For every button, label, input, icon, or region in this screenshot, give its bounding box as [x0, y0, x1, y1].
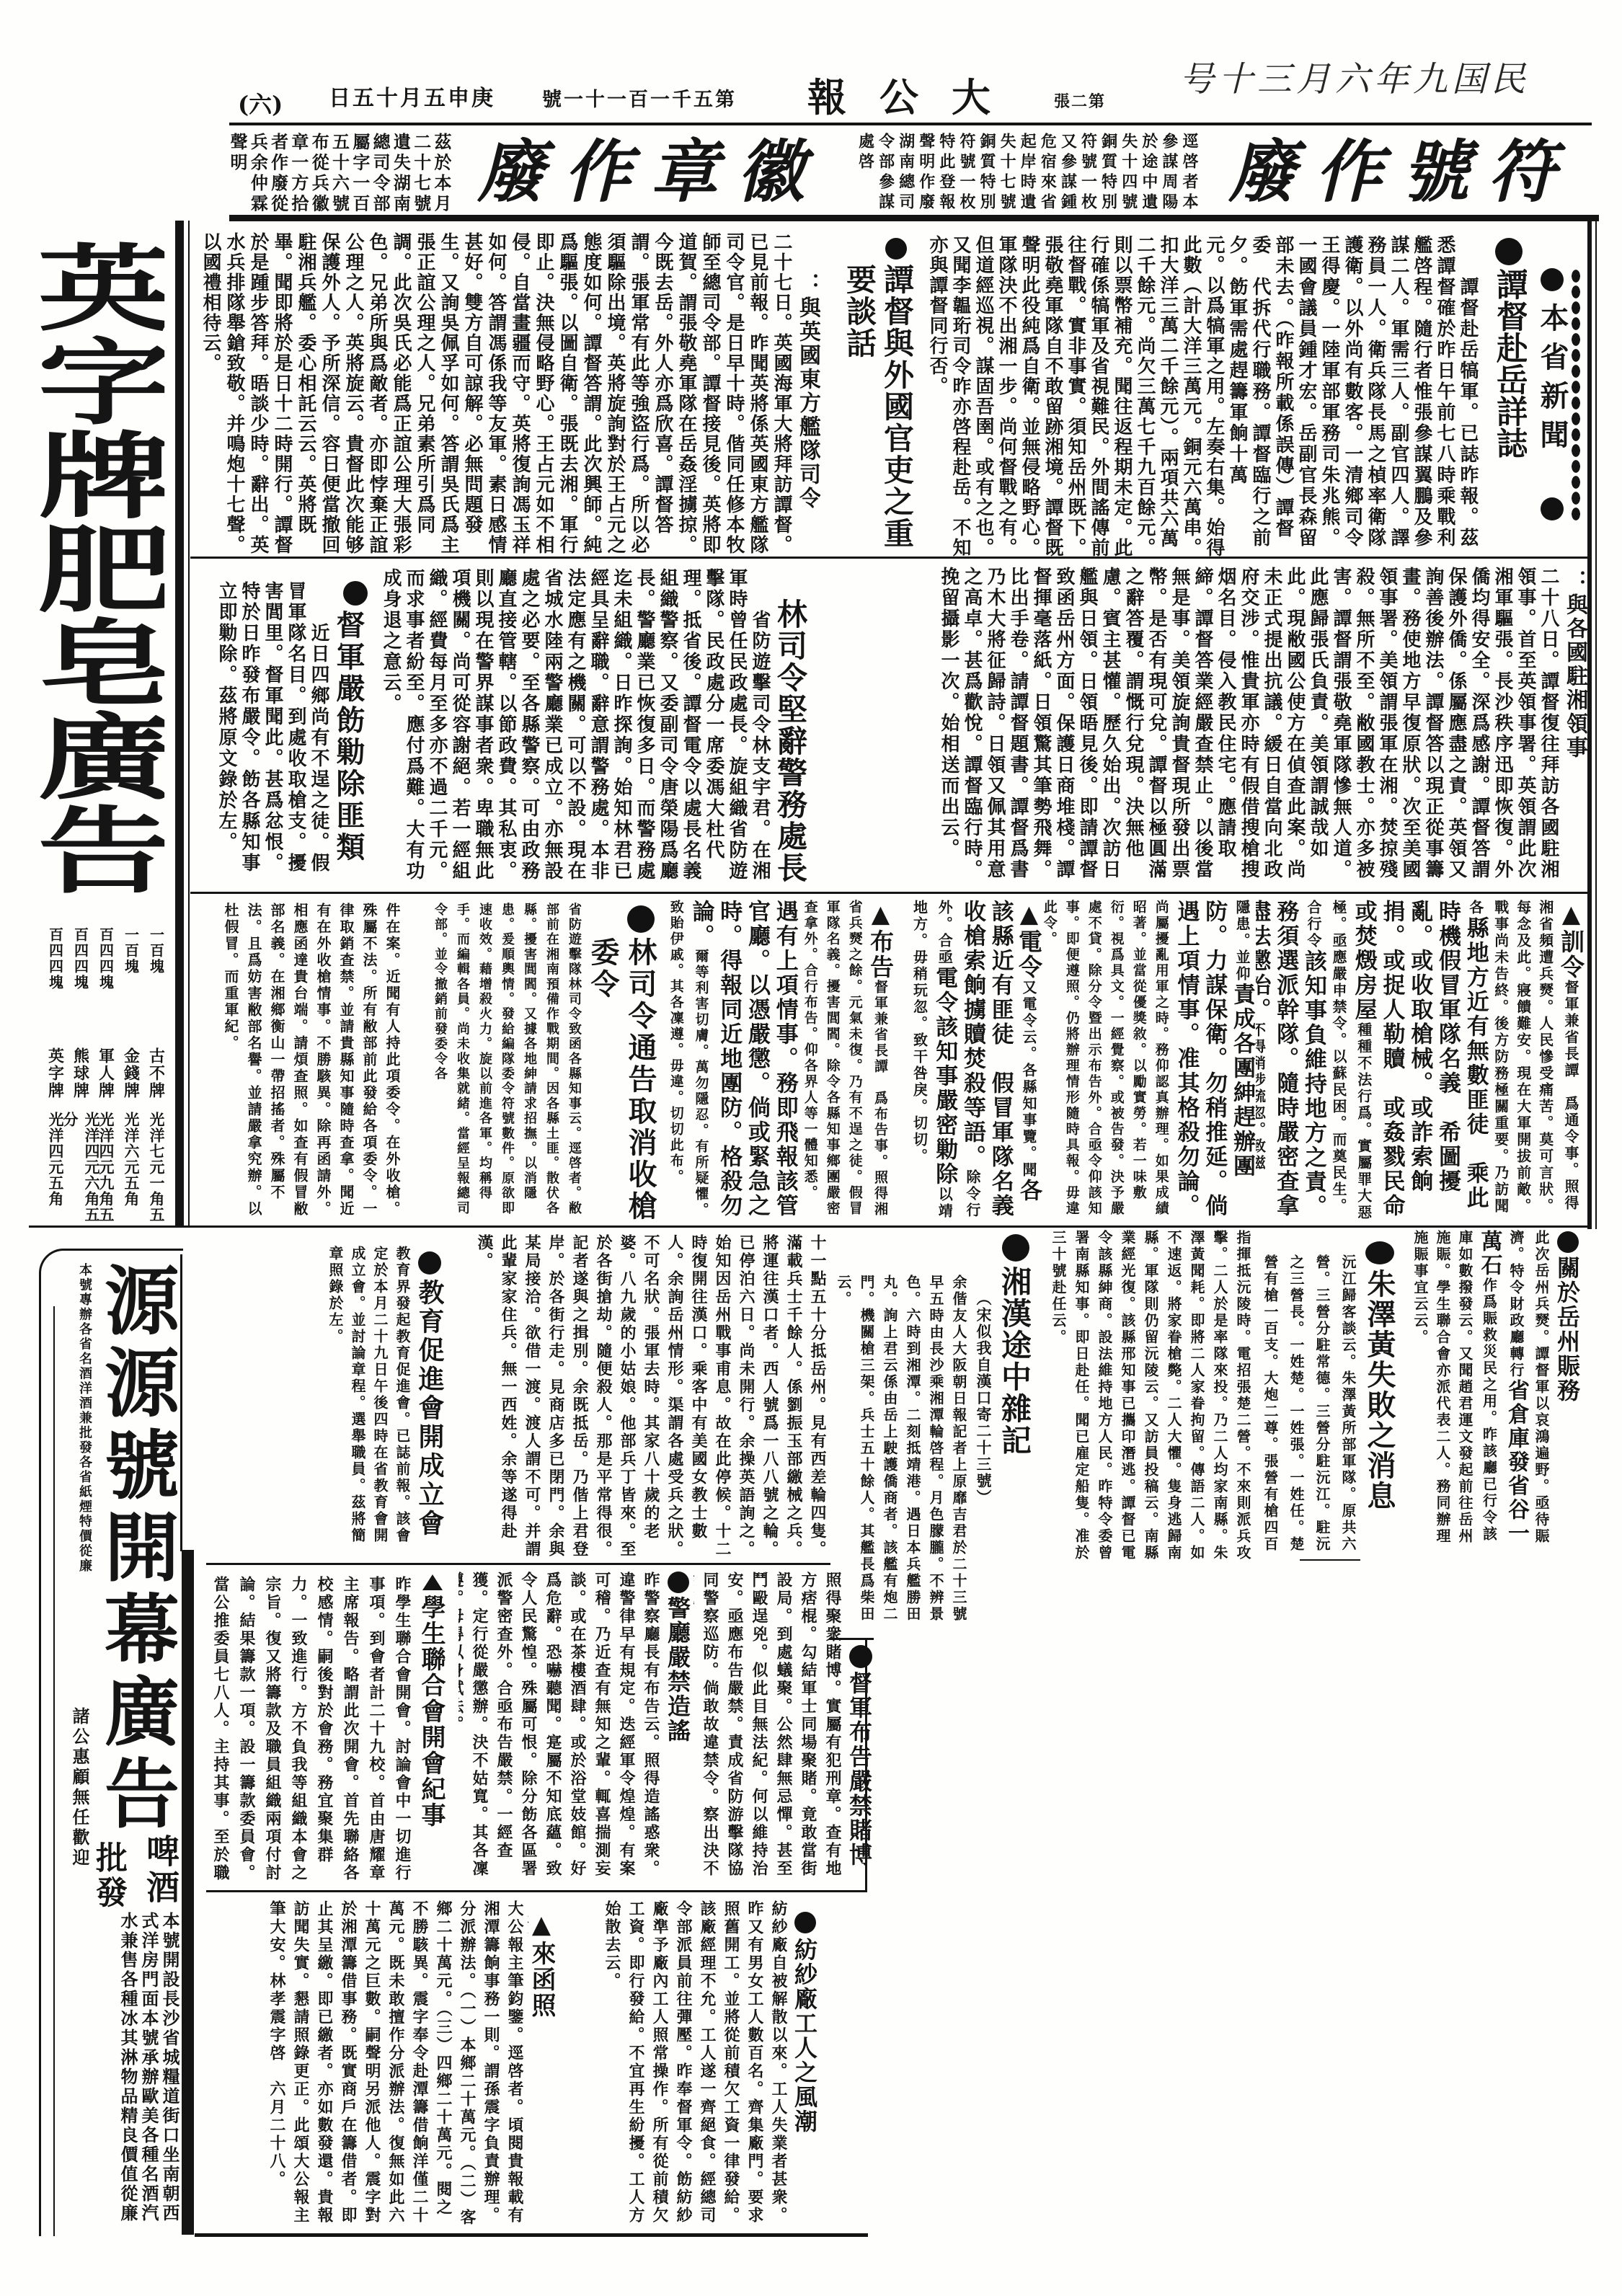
price-row: 一百塊 金錢牌 光洋六元五角	[119, 927, 143, 1224]
yuanyuan-ad-text: 本號專辦各省名酒洋酒兼批發各省紙煙特價從廉	[61, 1263, 92, 1667]
price-qty: 百四四塊	[96, 927, 117, 1010]
article-body-student-union: 昨學生聯合會開會。討論會中一切進行事項。到會者計二十九校。首由唐耀章主席報告。略…	[208, 1576, 415, 1890]
frame-right-thick	[1587, 216, 1592, 1229]
bullet-icon	[1002, 1234, 1029, 1262]
heading-bugao: ▲布告	[867, 900, 895, 980]
article-body-dujun-gambling: 照得聚衆賭博。實屬有犯刑章。查有地方痞棍。勾結軍士同場聚賭。竟敢當街設局。到處蟻…	[693, 1572, 845, 1889]
headline-lin-cancel: 林司令通告取消收槍委令	[587, 937, 659, 1223]
row-divider-5	[206, 1890, 867, 1892]
price-brand: 英字牌	[45, 1047, 67, 1104]
issue-number: 第五千一百一十一號	[542, 90, 737, 110]
subhead-consuls: ：與各國駐湘領事	[1561, 569, 1587, 807]
bullet-icon	[885, 238, 907, 260]
soap-price-table: 一百塊 古不牌 光洋七元一角五 一百塊 金錢牌 光洋六元五角 百四四塊 軍人牌 …	[43, 927, 169, 1224]
article-body-tan-yue: 譚督赴岳犒軍。已誌昨報。茲悉譚督確於昨日午前七八時乘戰利艦啓程。隨行者惟張參謀翼…	[1226, 235, 1479, 554]
ad-box-inner-line	[53, 1306, 55, 2236]
heading-dianling: ▲電令	[1015, 900, 1043, 980]
headline-edu-promo: 教育促進會開成立會	[415, 1279, 444, 1560]
section-dot-bottom-icon	[1541, 497, 1564, 520]
bullet-icon	[1557, 1231, 1579, 1253]
handwritten-date: 民国九年六月三十号	[1179, 62, 1530, 97]
article-body-edu-promo: 教育界發起教育促進會。已誌前報。該會定於本月二十九日午後四時在省教育會開成立會。…	[319, 1246, 413, 1556]
article-body-bugao: ▲布告督軍兼省長譚 爲布告事。照得湘省兵燹之餘。元氣未復。乃有不逞之徒。假冒軍隊…	[637, 900, 895, 1223]
ad-band-rule	[229, 215, 1599, 221]
price-value: 光洋七元一角五	[146, 1112, 167, 1224]
heading-xunling: ▲訓令	[1557, 900, 1585, 980]
headline-foreign-talks: 譚督與外國官吏之重要談話	[841, 264, 916, 552]
dianling-text: 又電令云。各縣知事覽。聞	[1020, 980, 1037, 1179]
bullet-icon	[627, 905, 655, 933]
headline-yuezhou-relief: 關於岳州賑務	[1554, 1256, 1580, 1407]
headline-letter: ▲來函照登	[528, 1910, 555, 2043]
bullet-icon	[343, 581, 368, 606]
row-divider-4	[206, 1563, 830, 1565]
headline-zhu-defeat: 朱澤黃失敗之消息	[1362, 1269, 1396, 1514]
bullet-icon	[1495, 238, 1523, 265]
price-brand: 軍人牌	[95, 1047, 118, 1104]
xunling-text: 尚屬擾亂用軍之時。務仰認真辦理。如果成績昭著。並當從優獎敘。以勵實勞。若一味敷衍…	[1044, 900, 1169, 1217]
vine-ornament-icon	[1570, 268, 1582, 520]
article-body-yuezhou-relief: 此次岳州兵燹。譚督軍以哀鴻遍野。亟待賑濟。特令財政廳轉行省倉庫發省谷一萬石作爲賑…	[1402, 1230, 1552, 1557]
price-qty: 百四四塊	[45, 927, 66, 1010]
headline-dujun-bandits: 督軍嚴飭勦除匪類	[332, 610, 365, 884]
headline-spinning-mill: 紡紗廠工人之風潮	[792, 1938, 817, 2154]
relief-text: 作爲賑救災民之用。昨該廳已行令該庫如數撥發云。又聞趙君運文發起前往岳州施賑。學生…	[1412, 1230, 1498, 1545]
bullet-icon	[794, 1912, 816, 1933]
frame-right-thin	[1595, 216, 1597, 1229]
article-body-xiangtan-notes-cont: 十一點五十分抵岳州。見有西差輪四隻。滿載兵士千餘人。係劉振玉部繳械之兵。將運往漢…	[447, 1234, 829, 1560]
yuanyuan-ad-tagline: 諸公惠顧無任歡迎	[69, 1707, 89, 1873]
triangle-marker-icon	[422, 1574, 443, 1590]
yuanyuan-ad-title: 源源號開幕廣告	[94, 1262, 177, 1838]
page-number: (六)	[238, 87, 283, 120]
headline-student-union: 學生聯合會開會紀事	[417, 1595, 446, 1883]
row-divider-3	[29, 1225, 1592, 1228]
article-body-lin-cancel-cont: 件在案。近聞有人持此項委令。在外收槍。殊屬不法。所有敝部前此發給各項委令。一律取…	[195, 903, 404, 1223]
article-body-police-rumor: 昨警察廳長有布告云。照得造謠惑衆。違警律早有規定。迭經軍令煌煌。有案可稽。乃近查…	[458, 1572, 663, 1889]
lost-insignia-notice-title: 符號作廢	[1228, 138, 1574, 206]
subtitle-xiangtan-notes: （宋似我自漢口寄二十三號）	[973, 1290, 993, 1514]
headline-dujun-gambling: 督軍布告嚴禁賭博	[846, 1671, 872, 1887]
price-brand: 熊球牌	[70, 1047, 92, 1104]
lunar-date: 庚申五月十五日	[329, 88, 495, 110]
headline-lin-resign: 林司令堅辭警務處長	[773, 598, 807, 887]
price-qty: 百四四塊	[71, 927, 92, 1010]
article-body-zhu-defeat: 沅江歸客談云。朱澤黃所部軍隊。原共六營。三營分駐常德。三營分駐沅江。駐沅之三營長…	[1256, 1254, 1361, 1564]
article-body-xunling: ▲訓令督軍兼省長譚 爲通令事。照得湘省頻遭兵燹。人民慘受痛苦。莫可言狀。每念及此…	[1256, 900, 1586, 1223]
article-body-lin-cancel: 省防遊擊隊林司令致函各縣知事云。逕啓者。敝部前在湘南預備作戰期間。因各縣土匪。散…	[404, 903, 585, 1223]
headline-tan-yue: 譚督赴岳詳誌	[1491, 268, 1527, 463]
lost-badge-notice-text: 茲於本月二十七號遺失湖南總司令部屬字一百五十六號布從兵徽章一方拾者作廢從兵余仲霖…	[226, 133, 451, 215]
lost-badge-notice-title: 徽章作廢	[477, 138, 823, 206]
soap-ad-title: 英字牌肥皂廣告	[25, 239, 164, 910]
ad-box-right-thin	[180, 1254, 182, 1551]
article-body-dianling: ▲電令又電令云。各縣知事覽。聞各該縣近有匪徒 假冒軍隊名義 收槍索餉擄贖焚殺等語…	[897, 900, 1044, 1223]
dianling-emphasis: 電令該知事嚴密勦除	[931, 966, 957, 1187]
header-rule	[229, 123, 1592, 125]
bullet-icon	[418, 1251, 441, 1275]
article-body-tan-yue-cont: 元。以爲犒軍之用。左奏右集。始得此數（計大洋三萬元。銅元六萬串。扣大洋三萬二千餘…	[917, 235, 1226, 559]
article-body-dujun-bandits: 近日四鄉尚有不逞之徒。假冒軍隊名目。到處收取槍支。擾害閭里。督軍聞此。甚爲忿恨。…	[195, 581, 330, 891]
ad-box-right-thick	[182, 1550, 194, 2235]
xunling-text: 不得稍涉疏忽。致滋	[1256, 1022, 1267, 1171]
section-dot-top-icon	[1541, 268, 1564, 291]
masthead: 大公報	[807, 78, 1024, 117]
bullet-icon	[668, 1572, 689, 1593]
beer-ad-title: 啤酒	[143, 1834, 179, 1906]
price-brand: 金錢牌	[120, 1047, 143, 1104]
left-ad-divider-thin	[188, 221, 190, 1227]
headline-police-rumor: 警廳嚴禁造謠	[665, 1596, 691, 1747]
lost-insignia-notice-text: 逕啓者本參謀周陽於途中遺失十四號銅質特別符號一枚又參謀鍾危宿來省起岸時遺失十七號…	[855, 133, 1200, 215]
article-body-consuls: 二十八日。譚督復往拜訪各國駐湘領事。首至英領事署。英領謂此次湘軍驅張。長沙秩序迅…	[809, 567, 1560, 888]
bottom-rule	[195, 2233, 868, 2237]
price-row: 百四四塊 熊球牌 光洋四元六角五分	[68, 927, 93, 1224]
xunling-lead: 督軍兼省長譚 爲	[1562, 980, 1579, 1112]
article-body-zhu-defeat-cont: 指揮抵沅陵時。電招張楚二營。不來則派兵攻擊。二人於是率隊來投。乃二人均家南縣。朱…	[1035, 1230, 1254, 1561]
beer-ad-subtitle: 批發	[89, 1841, 127, 1910]
sheet-number: 第二張	[1054, 94, 1106, 110]
row-divider-2	[190, 892, 1589, 894]
section-label: 本省新聞	[1535, 303, 1569, 470]
price-qty: 一百塊	[121, 927, 142, 1010]
bullet-icon	[849, 1645, 872, 1668]
xunling-text: 隱患。並仰	[1233, 900, 1251, 983]
price-value: 光洋六元五角	[120, 1112, 142, 1224]
article-body-british-admiral: 二十七日。英國海軍大將拜訪譚督。已見前報。昨聞英將係英國東方艦隊司令官。是日早十…	[192, 232, 793, 558]
article-body-xunling-cont: 隱患。並仰責成各團紳趕辦團防。力謀保衛。勿稍推延。倘遇上項情事。准其格殺勿論。尚…	[1044, 900, 1256, 1223]
price-row: 一百塊 古不牌 光洋七元一角五	[144, 927, 169, 1224]
article-body-xiangtan-notes: 余偕友人大阪朝日報記者上原靡吉君於二十三號早五時由長沙乘湘潭輪啓程。月色朦朧。不…	[829, 1275, 970, 1635]
headline-xiangtan-notes: 湘漢途中雜記	[998, 1266, 1031, 1461]
bullet-icon	[1365, 1241, 1394, 1264]
price-qty: 一百塊	[146, 927, 167, 1010]
left-ad-divider-thick	[175, 221, 184, 1227]
price-row: 百四四塊 軍人牌 光洋四元九角五	[94, 927, 118, 1224]
article-body-spinning-mill: 紡紗廠自被解散以來。工人失業者甚衆。昨又有男女工人數百名。齊集廠門。要求照舊開工…	[559, 1900, 790, 2230]
subhead-british-admiral: ：與英國東方艦隊司令	[794, 272, 820, 554]
price-brand: 古不牌	[146, 1047, 168, 1104]
price-value: 光洋四元九角五	[95, 1112, 117, 1224]
beer-ad-text: 本號開設長沙省城糧道街口坐南朝西式洋房門面本號承辦歐美各種名酒汽水兼售各種冰其淋…	[75, 1912, 180, 2233]
article-body-lin-resign: 省防遊擊司令林支宇君。在湘軍時曾任民政處長。旋組織省防遊擊隊。民政處分一席委馮大…	[363, 568, 771, 890]
article-body-letter: 大公報主筆鈞鑒。逕啓者。頃閱貴報載有湘潭籌餉事務一則。謂孫震字負責辦理。分派辦法…	[206, 1900, 526, 2230]
